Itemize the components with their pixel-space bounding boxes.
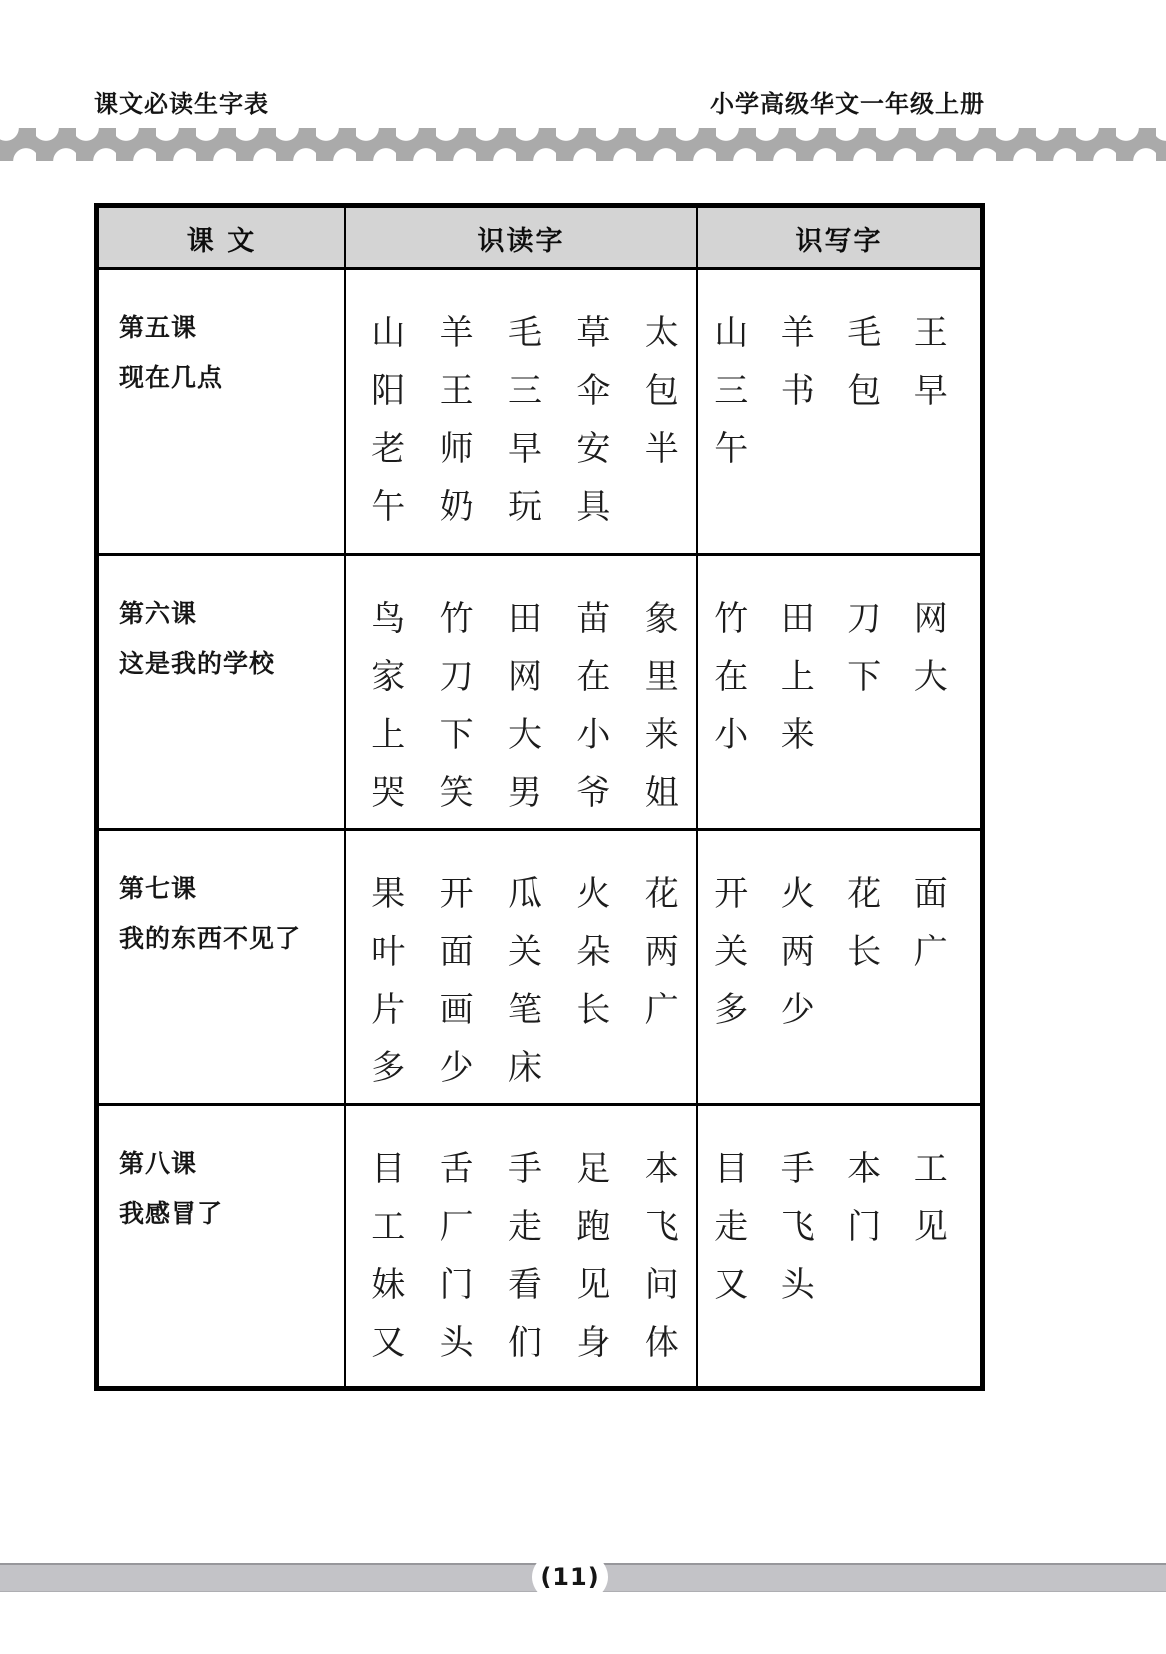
- column-header-write-characters: 识写字: [696, 208, 980, 270]
- character: 竹: [440, 602, 474, 636]
- character: 下: [847, 660, 881, 694]
- character: 王: [914, 316, 948, 350]
- character: 刀: [847, 602, 881, 636]
- character: 又: [371, 1326, 405, 1360]
- character: 老: [371, 432, 405, 466]
- lesson-title: 现在几点: [119, 353, 336, 403]
- character: 见: [576, 1268, 610, 1302]
- character: 工: [914, 1152, 948, 1186]
- character: 果: [371, 877, 405, 911]
- table-header-row: 课 文 识读字 识写字: [99, 208, 980, 270]
- lesson-number: 第八课: [119, 1139, 336, 1189]
- write-characters-cell: 山羊毛王三书包早午: [696, 270, 980, 553]
- character: 田: [508, 602, 542, 636]
- character: 草: [576, 316, 610, 350]
- lesson-cell: 第七课我的东西不见了: [99, 831, 344, 1103]
- running-head-right: 小学高级华文一年级上册: [710, 84, 985, 119]
- character: 面: [440, 935, 474, 969]
- character: 飞: [781, 1210, 815, 1244]
- character: 手: [508, 1152, 542, 1186]
- character: 山: [714, 316, 748, 350]
- character: 羊: [440, 316, 474, 350]
- character: 午: [371, 490, 405, 524]
- character: 包: [645, 374, 679, 408]
- character: 面: [914, 877, 948, 911]
- lesson-cell: 第五课现在几点: [99, 270, 344, 553]
- character: 男: [508, 776, 542, 810]
- character: 少: [440, 1051, 474, 1085]
- character: 火: [781, 877, 815, 911]
- write-characters-cell: 竹田刀网在上下大小来: [696, 556, 980, 828]
- character: 叶: [371, 935, 405, 969]
- character: 三: [508, 374, 542, 408]
- character: 跑: [576, 1210, 610, 1244]
- character: 在: [714, 660, 748, 694]
- running-head-left: 课文必读生字表: [94, 84, 269, 119]
- character: 毛: [508, 316, 542, 350]
- character: 午: [714, 432, 748, 466]
- character: 半: [645, 432, 679, 466]
- lesson-title: 我的东西不见了: [119, 914, 336, 964]
- character: 少: [781, 993, 815, 1027]
- character: 开: [440, 877, 474, 911]
- character: 网: [508, 660, 542, 694]
- character: 长: [847, 935, 881, 969]
- character: 体: [645, 1326, 679, 1360]
- character: 师: [440, 432, 474, 466]
- character: 本: [645, 1152, 679, 1186]
- character: 工: [371, 1210, 405, 1244]
- character: 在: [576, 660, 610, 694]
- character: 大: [508, 718, 542, 752]
- character: 飞: [645, 1210, 679, 1244]
- character: 本: [847, 1152, 881, 1186]
- lesson-cell: 第八课我感冒了: [99, 1106, 344, 1386]
- character: 关: [508, 935, 542, 969]
- character: 足: [576, 1152, 610, 1186]
- character: 具: [576, 490, 610, 524]
- character: 上: [371, 718, 405, 752]
- table-row: 第八课我感冒了目舌手足本工厂走跑飞妹门看见问又头们身体目手本工走飞门见又头: [99, 1103, 980, 1386]
- character: 大: [914, 660, 948, 694]
- character: 王: [440, 374, 474, 408]
- read-characters-cell: 目舌手足本工厂走跑飞妹门看见问又头们身体: [344, 1106, 696, 1386]
- lesson-number: 第五课: [119, 303, 336, 353]
- character: 床: [508, 1051, 542, 1085]
- read-characters-cell: 果开瓜火花叶面关朵两片画笔长广多少床: [344, 831, 696, 1103]
- read-characters-cell: 鸟竹田苗象家刀网在里上下大小来哭笑男爷姐: [344, 556, 696, 828]
- read-characters-cell: 山羊毛草太阳王三伞包老师早安半午奶玩具: [344, 270, 696, 553]
- character: 田: [781, 602, 815, 636]
- character: 伞: [576, 374, 610, 408]
- character: 笑: [440, 776, 474, 810]
- character: 包: [847, 374, 881, 408]
- character: 下: [440, 718, 474, 752]
- character: 目: [714, 1152, 748, 1186]
- character: 上: [781, 660, 815, 694]
- character: 头: [781, 1268, 815, 1302]
- page-number-badge: (11): [532, 1548, 608, 1606]
- character: 来: [781, 718, 815, 752]
- character: 家: [371, 660, 405, 694]
- table-row: 第六课这是我的学校鸟竹田苗象家刀网在里上下大小来哭笑男爷姐竹田刀网在上下大小来: [99, 553, 980, 828]
- character: 小: [576, 718, 610, 752]
- character: 花: [847, 877, 881, 911]
- character: 两: [645, 935, 679, 969]
- character: 门: [847, 1210, 881, 1244]
- character: 鸟: [371, 602, 405, 636]
- page-number: (11): [540, 1563, 599, 1591]
- character: 书: [781, 374, 815, 408]
- character: 早: [914, 374, 948, 408]
- scanned-textbook-page: 课文必读生字表 小学高级华文一年级上册 课 文 识读字 识写字 第五课现在几点山…: [0, 0, 1166, 1654]
- lesson-number: 第六课: [119, 589, 336, 639]
- character: 玩: [508, 490, 542, 524]
- character: 瓜: [508, 877, 542, 911]
- character: 火: [576, 877, 610, 911]
- lesson-number: 第七课: [119, 864, 336, 914]
- character: 笔: [508, 993, 542, 1027]
- character: 山: [371, 316, 405, 350]
- character: 问: [645, 1268, 679, 1302]
- character: 关: [714, 935, 748, 969]
- character: 网: [914, 602, 948, 636]
- lesson-title: 这是我的学校: [119, 639, 336, 689]
- character: 竹: [714, 602, 748, 636]
- character: 广: [914, 935, 948, 969]
- character: 奶: [440, 490, 474, 524]
- lesson-title: 我感冒了: [119, 1189, 336, 1239]
- character: 爷: [576, 776, 610, 810]
- character: 长: [576, 993, 610, 1027]
- character: 头: [440, 1326, 474, 1360]
- character: 毛: [847, 316, 881, 350]
- character: 看: [508, 1268, 542, 1302]
- character: 安: [576, 432, 610, 466]
- character: 门: [440, 1268, 474, 1302]
- character: 走: [714, 1210, 748, 1244]
- character: 苗: [576, 602, 610, 636]
- character: 里: [645, 660, 679, 694]
- character: 们: [508, 1326, 542, 1360]
- character: 来: [645, 718, 679, 752]
- character: 舌: [440, 1152, 474, 1186]
- character: 太: [645, 316, 679, 350]
- character: 手: [781, 1152, 815, 1186]
- table-row: 第五课现在几点山羊毛草太阳王三伞包老师早安半午奶玩具山羊毛王三书包早午: [99, 270, 980, 553]
- character: 画: [440, 993, 474, 1027]
- table-body: 第五课现在几点山羊毛草太阳王三伞包老师早安半午奶玩具山羊毛王三书包早午第六课这是…: [99, 270, 980, 1386]
- character: 姐: [645, 776, 679, 810]
- perforated-border: [0, 128, 1166, 161]
- table-row: 第七课我的东西不见了果开瓜火花叶面关朵两片画笔长广多少床开火花面关两长广多少: [99, 828, 980, 1103]
- character: 朵: [576, 935, 610, 969]
- column-header-read-characters: 识读字: [344, 208, 696, 270]
- character: 阳: [371, 374, 405, 408]
- write-characters-cell: 开火花面关两长广多少: [696, 831, 980, 1103]
- character: 小: [714, 718, 748, 752]
- character: 多: [714, 993, 748, 1027]
- lesson-cell: 第六课这是我的学校: [99, 556, 344, 828]
- character: 见: [914, 1210, 948, 1244]
- write-characters-cell: 目手本工走飞门见又头: [696, 1106, 980, 1386]
- character: 妹: [371, 1268, 405, 1302]
- character: 广: [645, 993, 679, 1027]
- character: 两: [781, 935, 815, 969]
- character: 开: [714, 877, 748, 911]
- column-header-lesson: 课 文: [99, 208, 344, 270]
- character: 厂: [440, 1210, 474, 1244]
- character: 早: [508, 432, 542, 466]
- character: 花: [645, 877, 679, 911]
- character: 三: [714, 374, 748, 408]
- character: 象: [645, 602, 679, 636]
- character: 羊: [781, 316, 815, 350]
- character: 片: [371, 993, 405, 1027]
- character: 刀: [440, 660, 474, 694]
- character: 目: [371, 1152, 405, 1186]
- character: 多: [371, 1051, 405, 1085]
- character: 身: [576, 1326, 610, 1360]
- vocabulary-table: 课 文 识读字 识写字 第五课现在几点山羊毛草太阳王三伞包老师早安半午奶玩具山羊…: [94, 203, 985, 1391]
- character: 走: [508, 1210, 542, 1244]
- character: 又: [714, 1268, 748, 1302]
- running-head: 课文必读生字表 小学高级华文一年级上册: [94, 84, 985, 119]
- character: 哭: [371, 776, 405, 810]
